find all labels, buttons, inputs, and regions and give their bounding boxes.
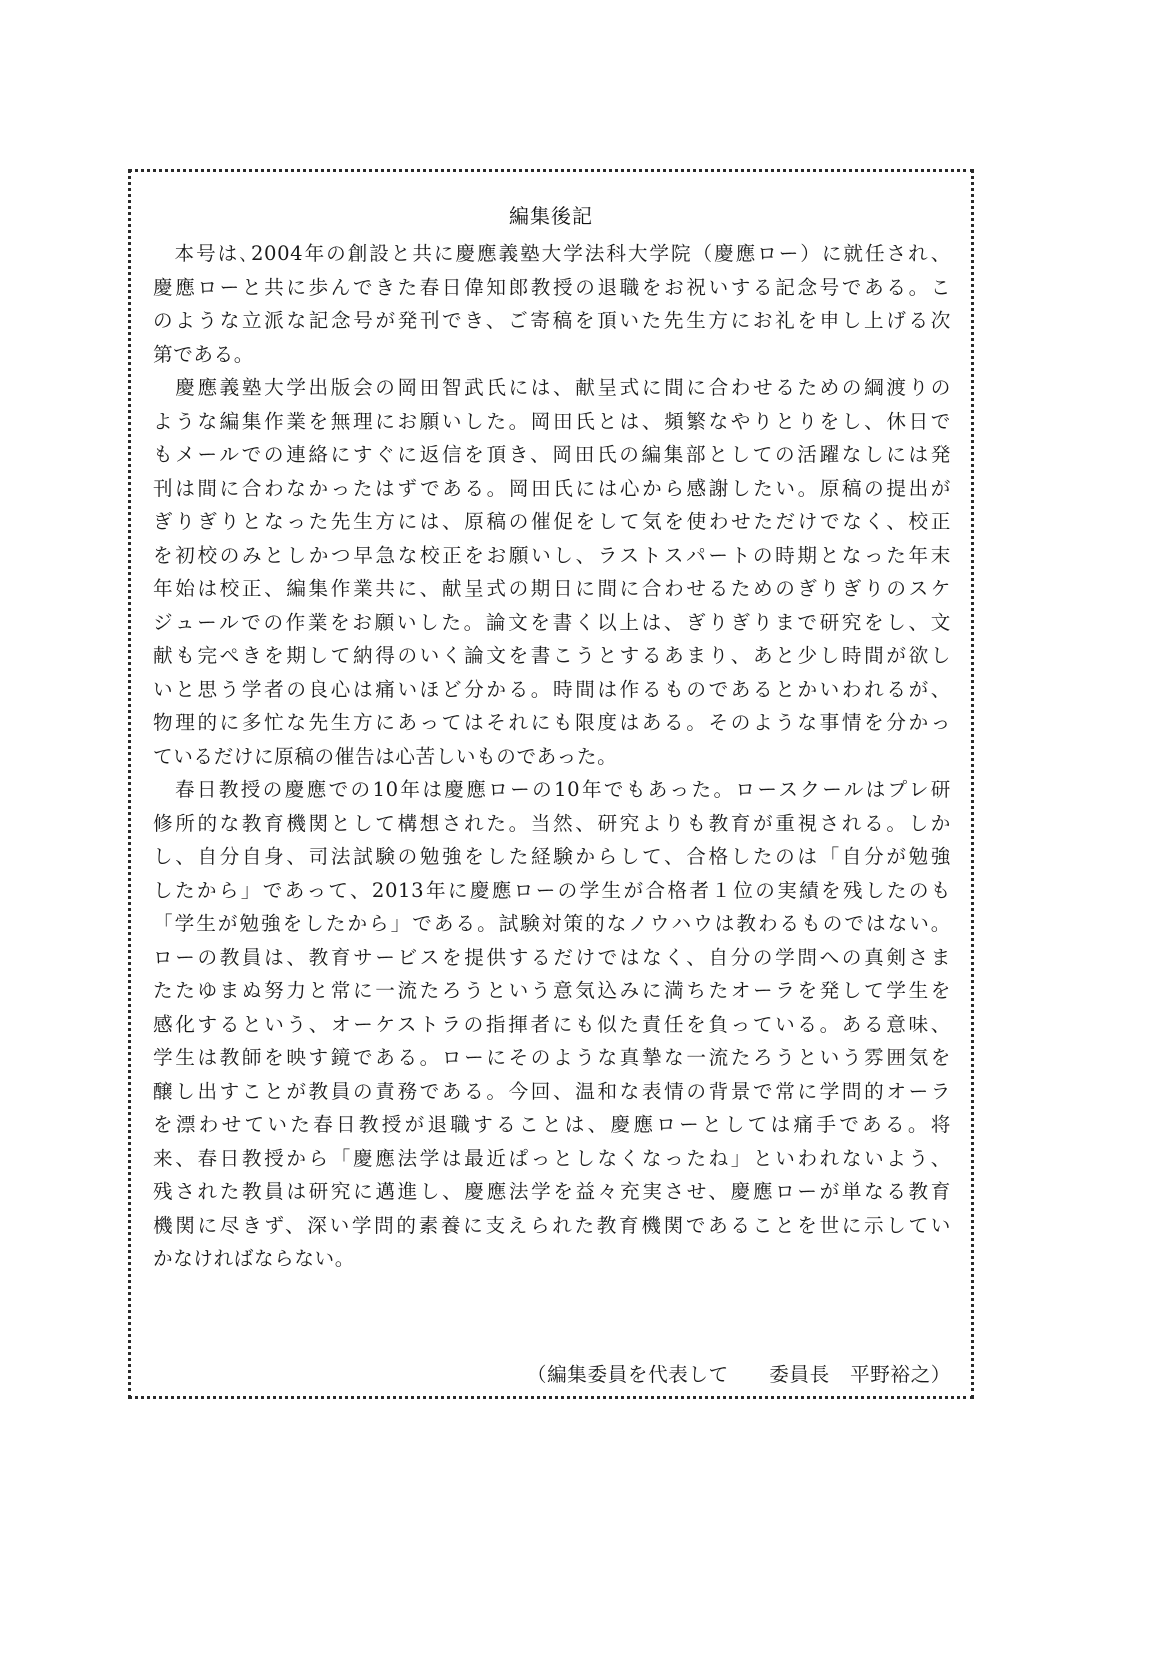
text-line: 慶應義塾大学出版会の岡田智武氏には、献呈式に間に合わせるための綱渡りの [153, 371, 951, 405]
text-line: を漂わせていた春日教授が退職することは、慶應ローとしては痛手である。将 [153, 1108, 951, 1142]
page-title: 編集後記 [131, 200, 971, 229]
text-line: 本号は､2004年の創設と共に慶應義塾大学法科大学院（慶應ロー）に就任され、 [153, 237, 951, 271]
text-line: のような立派な記念号が発刊でき、ご寄稿を頂いた先生方にお礼を申し上げる次 [153, 304, 951, 338]
text-line: 年始は校正、編集作業共に、献呈式の期日に間に合わせるためのぎりぎりのスケ [153, 572, 951, 606]
text-line: 感化するという、オーケストラの指揮者にも似た責任を負っている。ある意味、 [153, 1008, 951, 1042]
text-line: たたゆまぬ努力と常に一流たろうという意気込みに満ちたオーラを発して学生を [153, 974, 951, 1008]
text-line: ような編集作業を無理にお願いした。岡田氏とは、頻繁なやりとりをし、休日で [153, 405, 951, 439]
text-line: ぎりぎりとなった先生方には、原稿の催促をして気を使わせただけでなく、校正 [153, 505, 951, 539]
text-line: 物理的に多忙な先生方にあってはそれにも限度はある。そのような事情を分かっ [153, 706, 951, 740]
text-line: し、自分自身、司法試験の勉強をした経験からして、合格したのは「自分が勉強 [153, 840, 951, 874]
text-line: 修所的な教育機関として構想された。当然、研究よりも教育が重視される。しか [153, 807, 951, 841]
dotted-border-frame: 編集後記 本号は､2004年の創設と共に慶應義塾大学法科大学院（慶應ロー）に就任… [128, 169, 974, 1399]
text-line: 醸し出すことが教員の責務である。今回、温和な表情の背景で常に学問的オーラ [153, 1075, 951, 1109]
text-line: もメールでの連絡にすぐに返信を頂き、岡田氏の編集部としての活躍なしには発 [153, 438, 951, 472]
text-line: 献も完ぺきを期して納得のいく論文を書こうとするあまり、あと少し時間が欲し [153, 639, 951, 673]
body-text: 本号は､2004年の創設と共に慶應義塾大学法科大学院（慶應ロー）に就任され、 慶… [153, 237, 951, 1276]
text-line: 残された教員は研究に邁進し、慶應法学を益々充実させ、慶應ローが単なる教育 [153, 1175, 951, 1209]
text-line: ているだけに原稿の催告は心苦しいものであった。 [153, 740, 951, 774]
signature-line: （編集委員を代表して 委員長 平野裕之） [527, 1358, 951, 1387]
text-line: を初校のみとしかつ早急な校正をお願いし、ラストスパートの時期となった年末 [153, 539, 951, 573]
text-line: 機関に尽きず、深い学問的素養に支えられた教育機関であることを世に示してい [153, 1209, 951, 1243]
text-line: 刊は間に合わなかったはずである。岡田氏には心から感謝したい。原稿の提出が [153, 472, 951, 506]
text-line: 春日教授の慶應での10年は慶應ローの10年でもあった。ロースクールはプレ研 [153, 773, 951, 807]
text-line: いと思う学者の良心は痛いほど分かる。時間は作るものであるとかいわれるが、 [153, 673, 951, 707]
text-line: したから」であって、2013年に慶應ローの学生が合格者１位の実績を残したのも [153, 874, 951, 908]
text-line: ローの教員は、教育サービスを提供するだけではなく、自分の学問への真剣さま [153, 941, 951, 975]
text-line: 学生は教師を映す鏡である。ローにそのような真摯な一流たろうという雰囲気を [153, 1041, 951, 1075]
text-line: 第である。 [153, 338, 951, 372]
text-line: かなければならない。 [153, 1242, 951, 1276]
text-line: 来、春日教授から「慶應法学は最近ぱっとしなくなったね」といわれないよう、 [153, 1142, 951, 1176]
text-line: 慶應ローと共に歩んできた春日偉知郎教授の退職をお祝いする記念号である。こ [153, 271, 951, 305]
text-line: ジュールでの作業をお願いした。論文を書く以上は、ぎりぎりまで研究をし、文 [153, 606, 951, 640]
text-line: 「学生が勉強をしたから」である。試験対策的なノウハウは教わるものではない。 [153, 907, 951, 941]
